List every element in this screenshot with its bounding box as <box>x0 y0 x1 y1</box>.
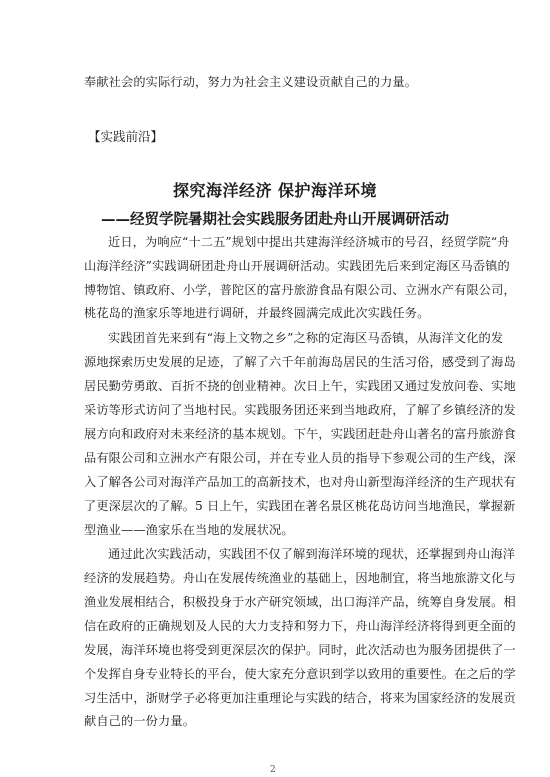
page-number: 2 <box>270 765 276 775</box>
article-subtitle: ——经贸学院暑期社会实践服务团赴舟山开展调研活动 <box>0 208 550 229</box>
paragraph-line: 桃花岛的渔家乐等地进行调研，并最终圆满完成此次实践任务。 <box>84 305 429 321</box>
paragraph-line: 博物馆、镇政府、小学，普陀区的富丹旅游食品有限公司、立洲水产有限公司， <box>84 282 516 298</box>
paragraph-line: 采访等形式访问了当地村民。实践服务团还来到当地政府，了解了乡镇经济的发 <box>84 402 516 418</box>
paragraph-line: 信在政府的正确规划及人民的大力支持和努力下，舟山海洋经济将得到更全面的 <box>84 618 516 634</box>
paragraph-line: 实践团首先来到有“海上文物之乡”之称的定海区马岙镇，从海洋文化的发 <box>108 330 503 346</box>
paragraph-line: 个发挥自身专业特长的平台，使大家充分意识到学以致用的重要性。在之后的学 <box>84 666 516 682</box>
paragraph-line: 居民勤劳勇敢、百折不挠的创业精神。次日上午，实践团又通过发放问卷、实地 <box>84 378 516 394</box>
carryover-text: 奉献社会的实际行动，努力为社会主义建设贡献自己的力量。 <box>84 74 417 90</box>
paragraph-line: 习生活中，浙财学子必将更加注重理论与实践的结合，将来为国家经济的发展贡 <box>84 690 516 706</box>
paragraph-line: 展方向和政府对未来经济的基本规划。下午，实践团赶赴舟山著名的富丹旅游食 <box>84 426 516 442</box>
paragraph-line: 通过此次实践活动，实践团不仅了解到海洋环境的现状，还掌握到舟山海洋 <box>108 546 515 562</box>
paragraph-line: 山海洋经济”实践调研团赴舟山开展调研活动。实践团先后来到定海区马岙镇的 <box>84 258 510 274</box>
paragraph-line: 近日，为响应“十二五”规划中提出共建海洋经济城市的号召，经贸学院“舟 <box>108 234 510 250</box>
paragraph-line: 型渔业——渔家乐在当地的发展状况。 <box>84 522 294 538</box>
paragraph-line: 经济的发展趋势。舟山在发展传统渔业的基础上，因地制宜，将当地旅游文化与 <box>84 570 516 586</box>
paragraph-line: 渔业发展相结合，积极投身于水产研究领域，出口海洋产品，统筹自身发展。相 <box>84 594 516 610</box>
paragraph-line: 入了解各公司对海洋产品加工的高新技术，也对舟山新型海洋经济的生产现状有 <box>84 474 516 490</box>
paragraph-line: 发展，海洋环境也将受到更深层次的保护。同时，此次活动也为服务团提供了一 <box>84 642 516 658</box>
paragraph-line: 源地探索历史发展的足迹，了解了六千年前海岛居民的生活习俗，感受到了海岛 <box>84 354 516 370</box>
section-tag: 【实践前沿】 <box>88 127 163 145</box>
article-title: 探究海洋经济 保护海洋环境 <box>0 178 550 201</box>
document-page: 奉献社会的实际行动，努力为社会主义建设贡献自己的力量。 【实践前沿】 探究海洋经… <box>0 0 550 777</box>
paragraph-line: 品有限公司和立洲水产有限公司，并在专业人员的指导下参观公司的生产线，深 <box>84 450 516 466</box>
paragraph-line: 了更深层次的了解。5 日上午，实践团在著名景区桃花岛访问当地渔民，掌握新 <box>84 498 515 514</box>
paragraph-line: 献自己的一份力量。 <box>84 713 195 729</box>
